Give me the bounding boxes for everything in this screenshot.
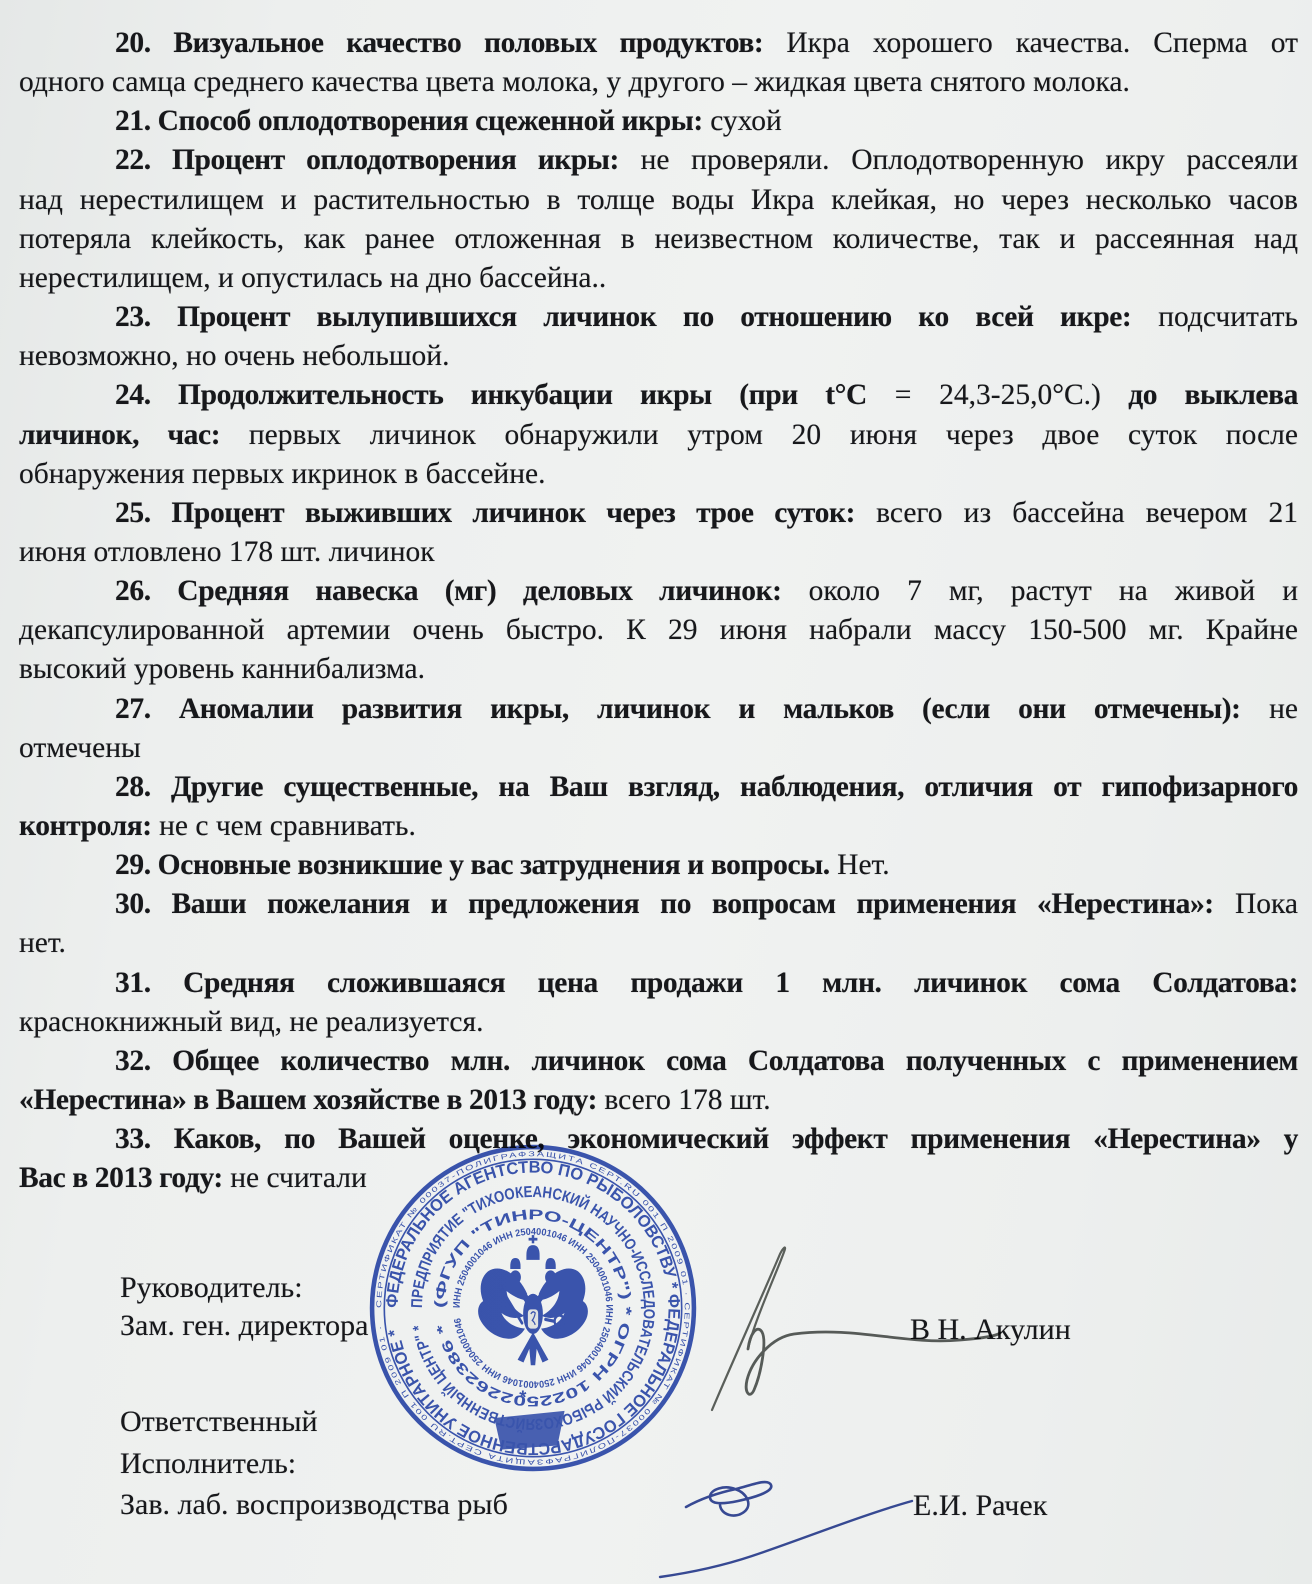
answer-text: Пока [1214, 888, 1298, 920]
question-label: 31. Средняя сложившаяся цена продажи 1 м… [115, 967, 1298, 999]
answer-text: Нет. [830, 849, 890, 881]
question-label: 32. Общее количество млн. личинок сома С… [115, 1045, 1298, 1077]
answer-text: над нерестилищем и растительностью в тол… [19, 184, 1298, 216]
answer-text: Икра хорошего качества. Сперма от [763, 27, 1298, 59]
document-line: краснокнижный вид, не реализуется. [19, 1003, 1298, 1044]
responsible-name: Е.И. Рачек [913, 1488, 1047, 1524]
document-line: 21. Способ оплодотворения сцеженной икры… [19, 102, 1298, 143]
answer-text: не [1241, 693, 1298, 725]
document-line: обнаружения первых икринок в бассейне. [19, 455, 1298, 496]
question-label: 24. Продолжительность инкубации икры (пр… [115, 379, 867, 411]
document-line: 27. Аномалии развития икры, личинок и ма… [19, 690, 1298, 731]
document-line: над нерестилищем и растительностью в тол… [19, 181, 1298, 222]
responsible-label-2: Исполнитель: [120, 1446, 296, 1482]
document-line: 24. Продолжительность инкубации икры (пр… [19, 376, 1298, 417]
document-line: 26. Средняя навеска (мг) деловых личинок… [19, 572, 1298, 613]
answer-text: около 7 мг, растут на живой и [782, 575, 1298, 607]
question-label: 33. Каков, по Вашей оценке, экономически… [115, 1123, 1298, 1155]
question-label: Вас в 2013 году: [19, 1162, 223, 1194]
document-line: невозможно, но очень небольшой. [19, 337, 1298, 378]
question-label: «Нерестина» в Вашем хозяйстве в 2013 год… [19, 1084, 597, 1116]
answer-text: сухой [703, 105, 782, 137]
document-line: 32. Общее количество млн. личинок сома С… [19, 1042, 1298, 1083]
answer-text: первых личинок обнаружили утром 20 июня … [220, 419, 1298, 451]
answer-text: краснокнижный вид, не реализуется. [19, 1006, 483, 1038]
question-label: контроля: [19, 810, 152, 842]
answer-text: = 24,3-25,0°С.) [867, 379, 1101, 411]
question-label: 29. Основные возникшие у вас затруднения… [115, 849, 830, 881]
question-label: 23. Процент вылупившихся личинок по отно… [115, 301, 1131, 333]
answer-text: не проверяли. Оплодотворенную икру рассе… [619, 144, 1298, 176]
round-stamp: СЕРТИФИКАТ № 00037-ПОЛИГРАФЗАЩИТА СЕРТ.R… [368, 1143, 698, 1473]
answer-text: невозможно, но очень небольшой. [19, 340, 449, 372]
responsible-role-label: Зав. лаб. воспроизводства рыб [120, 1487, 508, 1523]
answer-text: высокий уровень каннибализма. [19, 653, 425, 685]
answer-text: потеряла клейкость, как ранее отложенная… [19, 223, 1298, 255]
answer-text: одного самца среднего качества цвета мол… [19, 66, 1130, 98]
question-label: 25. Процент выживших личинок через трое … [115, 497, 855, 529]
scanned-document-page: 20. Визуальное качество половых продукто… [0, 0, 1312, 1584]
question-label: 27. Аномалии развития икры, личинок и ма… [115, 693, 1241, 725]
question-label: до выклева [1101, 379, 1298, 411]
document-line: 28. Другие существенные, на Ваш взгляд, … [19, 768, 1298, 809]
question-label: личинок, час: [19, 419, 220, 451]
document-line: контроля: не с чем сравнивать. [19, 807, 1298, 848]
document-line: отмечены [19, 729, 1298, 770]
head-title-label: Руководитель: [120, 1270, 303, 1306]
document-line: 30. Ваши пожелания и предложения по вопр… [19, 885, 1298, 926]
question-label: 22. Процент оплодотворения икры: [115, 144, 619, 176]
document-line: 20. Визуальное качество половых продукто… [19, 24, 1298, 65]
document-line: нет. [19, 924, 1298, 965]
question-label: 21. Способ оплодотворения сцеженной икры… [115, 105, 703, 137]
answer-text: обнаружения первых икринок в бассейне. [19, 458, 545, 490]
document-line: личинок, час: первых личинок обнаружили … [19, 416, 1298, 457]
answer-text: всего из бассейна вечером 21 [855, 497, 1298, 529]
answer-text: подсчитать [1131, 301, 1298, 333]
answer-text: не считали [223, 1162, 367, 1194]
answer-text: всего 178 шт. [597, 1084, 771, 1116]
document-line: потеряла клейкость, как ранее отложенная… [19, 220, 1298, 261]
document-line: 25. Процент выживших личинок через трое … [19, 494, 1298, 535]
question-label: 26. Средняя навеска (мг) деловых личинок… [115, 575, 782, 607]
double-headed-eagle-icon [478, 1235, 588, 1365]
question-label: 20. Визуальное качество половых продукто… [115, 27, 763, 59]
question-label: 30. Ваши пожелания и предложения по вопр… [115, 888, 1214, 920]
head-name: В Н. Акулин [910, 1312, 1071, 1348]
answer-text: декапсулированной артемии очень быстро. … [19, 614, 1298, 646]
head-role-label: Зам. ген. директора [120, 1308, 368, 1344]
answer-text: не с чем сравнивать. [152, 810, 416, 842]
document-line: нерестилищем, и опустилась на дно бассей… [19, 259, 1298, 300]
document-line: декапсулированной артемии очень быстро. … [19, 611, 1298, 652]
document-line: 23. Процент вылупившихся личинок по отно… [19, 298, 1298, 339]
answer-text: отмечены [19, 732, 141, 764]
document-line: «Нерестина» в Вашем хозяйстве в 2013 год… [19, 1081, 1298, 1122]
document-line: высокий уровень каннибализма. [19, 650, 1298, 691]
document-line: 31. Средняя сложившаяся цена продажи 1 м… [19, 964, 1298, 1005]
answer-text: июня отловлено 178 шт. личинок [19, 536, 435, 568]
document-line: одного самца среднего качества цвета мол… [19, 63, 1298, 104]
question-label: 28. Другие существенные, на Ваш взгляд, … [115, 771, 1298, 803]
answer-text: нерестилищем, и опустилась на дно бассей… [19, 262, 606, 294]
stamp-bottom-star: * [519, 1387, 527, 1408]
document-line: июня отловлено 178 шт. личинок [19, 533, 1298, 574]
document-line: 29. Основные возникшие у вас затруднения… [19, 846, 1298, 887]
responsible-label-1: Ответственный [120, 1404, 318, 1440]
document-line: 22. Процент оплодотворения икры: не пров… [19, 141, 1298, 182]
answer-text: нет. [19, 927, 66, 959]
